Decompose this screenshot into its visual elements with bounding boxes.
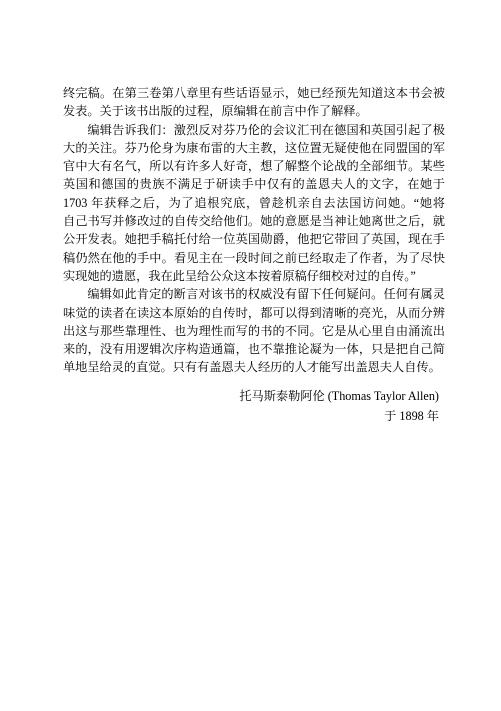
signature-name: 托马斯泰勒阿伦 (Thomas Taylor Allen): [239, 386, 439, 406]
signature-date: 于 1898 年: [239, 406, 439, 426]
text-line: 官中大有名气，所以有许多人好奇，想了解整个论战的全部细节。某些: [63, 157, 445, 175]
paragraph: 终完稿。在第三卷第八章里有些话语显示，她已经预先知道这本书会被发表。关于该书出版…: [63, 84, 445, 121]
text-line: 自己书写并修改过的自传交给他们。她的意愿是当神让她离世之后，就: [63, 212, 445, 230]
body-text: 终完稿。在第三卷第八章里有些话语显示，她已经预先知道这本书会被发表。关于该书出版…: [63, 84, 445, 377]
text-line: 发表。关于该书出版的过程，原编辑在前言中作了解释。: [63, 102, 445, 120]
text-line: 编辑告诉我们：激烈反对芬乃伦的会议汇刊在德国和英国引起了极: [63, 121, 445, 139]
text-line: 终完稿。在第三卷第八章里有些话语显示，她已经预先知道这本书会被: [63, 84, 445, 102]
text-line: 稿仍然在他的手中。看见主在一段时间之前已经取走了作者，为了尽快: [63, 249, 445, 267]
text-line: 出这与那些靠理性、也为理性而写的书的不同。它是从心里自由涌流出: [63, 322, 445, 340]
text-line: 编辑如此肯定的断言对该书的权威没有留下任何疑问。任何有属灵: [63, 285, 445, 303]
document-page: 终完稿。在第三卷第八章里有些话语显示，她已经预先知道这本书会被发表。关于该书出版…: [0, 0, 501, 711]
paragraph: 编辑如此肯定的断言对该书的权威没有留下任何疑问。任何有属灵味觉的读者在读这本原始…: [63, 285, 445, 376]
text-line: 单地呈给灵的直觉。只有有盖恩夫人经历的人才能写出盖恩夫人自传。: [63, 358, 445, 376]
text-line: 实现她的遗愿，我在此呈给公众这本按着原稿仔细校对过的自传。”: [63, 267, 445, 285]
text-line: 味觉的读者在读这本原始的自传时，都可以得到清晰的亮光，从而分辨: [63, 304, 445, 322]
signature-block: 托马斯泰勒阿伦 (Thomas Taylor Allen) 于 1898 年: [239, 386, 439, 426]
text-line: 公开发表。她把手稿托付给一位英国勋爵，他把它带回了英国，现在手: [63, 230, 445, 248]
paragraph: 编辑告诉我们：激烈反对芬乃伦的会议汇刊在德国和英国引起了极大的关注。芬乃伦身为康…: [63, 121, 445, 286]
text-line: 1703 年获释之后，为了追根究底，曾趁机亲自去法国访问她。“她将: [63, 194, 445, 212]
text-line: 来的，没有用逻辑次序构造通篇，也不靠推论凝为一体，只是把自己简: [63, 340, 445, 358]
text-line: 大的关注。芬乃伦身为康布雷的大主教，这位置无疑使他在同盟国的军: [63, 139, 445, 157]
text-line: 英国和德国的贵族不满足于研读手中仅有的盖恩夫人的文字，在她于: [63, 175, 445, 193]
